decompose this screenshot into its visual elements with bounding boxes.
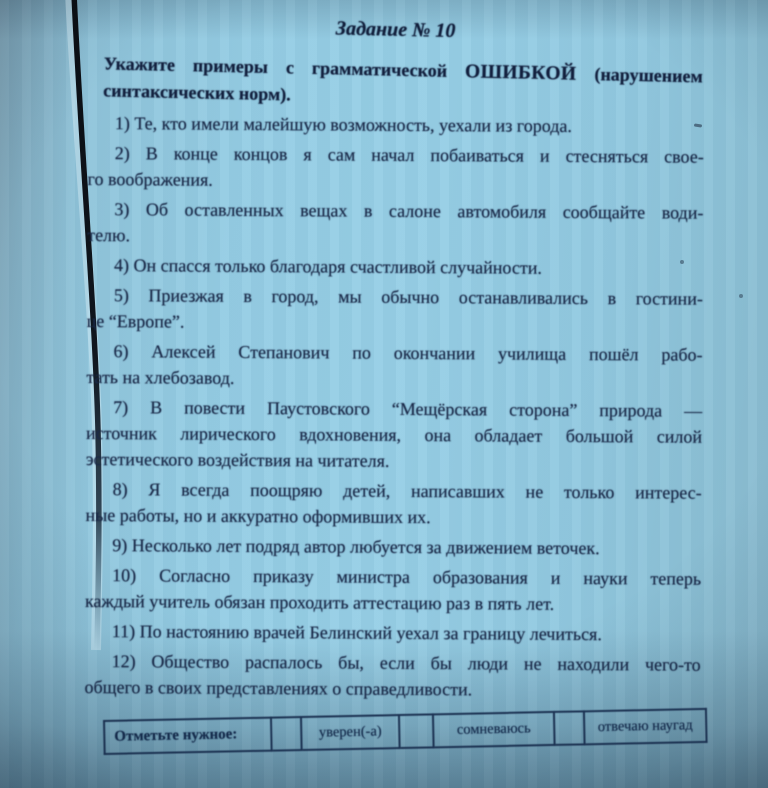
task-item: 8) Я всегда поощряю детей, написавших не… xyxy=(85,476,701,532)
task-item: 12) Общество распалось бы, если бы люди … xyxy=(84,648,700,704)
checkbox-cell-guess xyxy=(554,711,585,745)
item-line: 5) Приезжая в город, мы обычно останавли… xyxy=(87,282,703,312)
item-line: 10) Согласно приказу министра образовани… xyxy=(85,562,701,592)
task-item: 11) По настоянию врачей Белинский уехал … xyxy=(85,618,701,648)
item-line: 11) По настоянию врачей Белинский уехал … xyxy=(85,618,701,648)
answer-table: Отметьте нужное: уверен(-а) сомневаюсь о… xyxy=(103,708,708,755)
task-title: Задание № 10 xyxy=(87,12,703,48)
task-item: 2) В конце концов я сам начал побаиватьс… xyxy=(87,140,703,196)
item-line: 6) Алексей Степанович по окончании учили… xyxy=(86,338,702,368)
item-line: тать на хлебозавод. xyxy=(86,364,702,394)
item-line: це “Европе”. xyxy=(87,308,703,338)
task-instruction: Укажите примеры с грамматической ОШИБКОЙ… xyxy=(103,50,703,116)
page-left-margin-shade xyxy=(0,0,88,788)
item-line: ные работы, но и аккуратно оформивших их… xyxy=(85,502,701,532)
item-line: 1) Те, кто имели малейшую возможность, у… xyxy=(88,110,704,140)
item-line: источник лирического вдохновения, она об… xyxy=(86,420,702,450)
task-item: 7) В повести Паустовского “Мещёрская сто… xyxy=(86,394,702,476)
item-line: 12) Общество распалось бы, если бы люди … xyxy=(85,648,701,678)
document-content: Задание № 10 Укажите примеры с грамматич… xyxy=(88,0,704,755)
photo-of-test-sheet: Задание № 10 Укажите примеры с грамматич… xyxy=(0,0,768,788)
answer-row: Отметьте нужное: уверен(-а) сомневаюсь о… xyxy=(104,709,707,754)
item-line: общего в своих представлениях о справедл… xyxy=(84,674,700,704)
item-line: 4) Он спасся только благодаря счастливой… xyxy=(87,252,703,282)
task-item: 1) Те, кто имели малейшую возможность, у… xyxy=(88,110,704,140)
instruction-post: (нарушением xyxy=(576,64,703,87)
item-line: эстетического воздействия на читателя. xyxy=(86,446,702,476)
task-item: 10) Согласно приказу министра образовани… xyxy=(85,562,701,618)
photo-speck xyxy=(739,294,743,298)
task-item: 5) Приезжая в город, мы обычно останавли… xyxy=(87,282,703,338)
item-line: 3) Об оставленных вещах в салоне автомоб… xyxy=(87,196,703,226)
item-line: 8) Я всегда поощряю детей, написавших не… xyxy=(86,476,702,506)
option-guess: отвечаю наугад xyxy=(584,709,707,744)
option-doubt: сомневаюсь xyxy=(433,712,555,747)
task-item-list: 1) Те, кто имели малейшую возможность, у… xyxy=(84,110,704,704)
task-item: 6) Алексей Степанович по окончании учили… xyxy=(86,338,702,394)
error-word-emphasis: ОШИБКОЙ xyxy=(465,61,577,84)
option-sure: уверен(-а) xyxy=(301,715,400,750)
item-line: 9) Несколько лет подряд автор любуется з… xyxy=(85,532,701,562)
item-line: телю. xyxy=(87,222,703,252)
task-item: 3) Об оставленных вещах в салоне автомоб… xyxy=(87,196,703,252)
item-line: 7) В повести Паустовского “Мещёрская сто… xyxy=(86,394,702,424)
checkbox-cell-doubt xyxy=(399,714,434,748)
document-header: Задание № 10 Укажите примеры с грамматич… xyxy=(86,12,704,116)
item-line: го воображения. xyxy=(87,166,703,196)
task-item: 9) Несколько лет подряд автор любуется з… xyxy=(85,532,701,562)
instruction-pre: Укажите примеры с грамматической xyxy=(104,53,466,81)
task-item: 4) Он спасся только благодаря счастливой… xyxy=(87,252,703,282)
checkbox-cell-sure xyxy=(271,717,302,751)
item-line: каждый учитель обязан проходить аттестац… xyxy=(85,588,701,618)
answer-label-cell: Отметьте нужное: xyxy=(104,718,272,754)
item-line: 2) В конце концов я сам начал побаиватьс… xyxy=(88,140,704,170)
